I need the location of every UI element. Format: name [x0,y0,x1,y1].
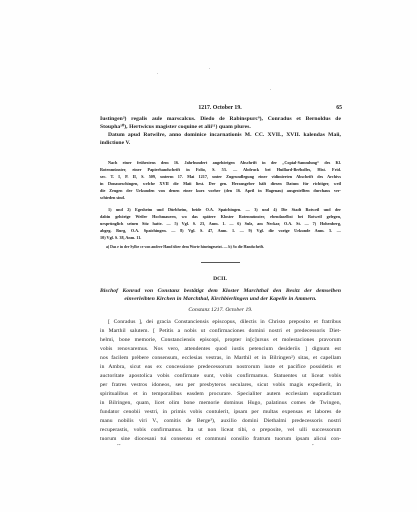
page-number: 65 [330,105,342,111]
charter-line: [ Conradus ], dei gracia Constanciensis … [100,318,341,326]
footnote-line: dabin gehörige Weiler Hochmauern, wo das… [100,214,341,220]
source-note-line: Rotenmünster, einer Papierhandschrift in… [100,167,341,173]
dating-clause: Datum apud Rotwilre, anno dominice incar… [100,131,341,139]
charter-line: per fratres vestros idoneos, seu per pre… [100,381,341,389]
section-divider [201,262,240,263]
charter-line: spiritualibus et in temporalibus easdem … [100,390,341,398]
source-note-line: sec. T. I, P. II, S. 509, unterm 17. Mai… [100,174,341,180]
charter-line: in Bilringen, quam, licet olim bone memo… [100,399,341,407]
body-line: Iustingen³) regalis aule marscalcus. Die… [100,115,341,123]
document-page: 1217. October 19. 65 Iustingen³) regalis… [0,0,417,512]
running-header: 1217. October 19. [180,105,260,111]
charter-line: nos facilem prèbere consensum, ecclesias… [100,354,341,362]
footnote-line: ursprünglich seinen Sitz hatte. — 5) Vgl… [100,221,341,227]
summary-line: einverleibten Kirchen in Marchthal, Kirc… [100,295,341,303]
footnote-line: abgeg. Burg, O.A. Spaichingen. — 8) Vgl.… [100,228,341,234]
dating-clause: indictione V. [100,139,341,147]
source-note-line: schieden sind. [100,195,341,201]
charter-line: tuorum sine diocesani tui consensu et co… [100,435,341,443]
marginal-mark: ** [117,443,121,447]
source-note-line: in Donaueschingen, welche XVII die Maii … [100,181,341,187]
charter-line: helmi, bone memorie, Constanciensis epis… [100,336,341,344]
variant-note: a) Das e in der Sylbe ce von andrer Hand… [100,244,341,250]
document-number: DCII. [200,276,240,282]
charter-line: in Marthil salutem. [ Petitis a nobis ut… [100,327,341,335]
summary-line: Bischof Konrad von Constanz bestätigt de… [100,287,341,295]
charter-line: vobis renovaremus. Nos vero, attendentes… [100,345,341,353]
scan-speck [157,73,158,74]
charter-line: fundator cenobii vestri, in primis vobis… [100,408,341,416]
scan-speck [270,89,271,90]
source-note-line: Nach einer frühestens dem 16. Jahrhunder… [100,160,341,166]
charter-line: in Ambra, sicut eas ex concessione prede… [100,363,341,371]
charter-line: auctoritate apostolica vobis confirmate … [100,372,341,380]
body-line: Stoupha¹⁰), Hertwicus magister coquine e… [100,123,341,131]
charter-line: recuperastis, vobis confirmamus. Ita ut … [100,426,341,434]
place-date: Constanz 1217. October 19. [100,306,341,314]
footnote-line: 1) und 2) Egesheim und Dürbheim, beide O… [100,207,341,213]
scan-speck [209,68,210,69]
footnote-line: 10) Vgl. S. 38, Anm. 11. [100,235,341,241]
source-note-line: die Zeugen der Urkunden von denen einer … [100,188,341,194]
marginal-mark: * [312,443,314,447]
charter-line: manu nobilis viri V., comitis de Berge³)… [100,417,341,425]
